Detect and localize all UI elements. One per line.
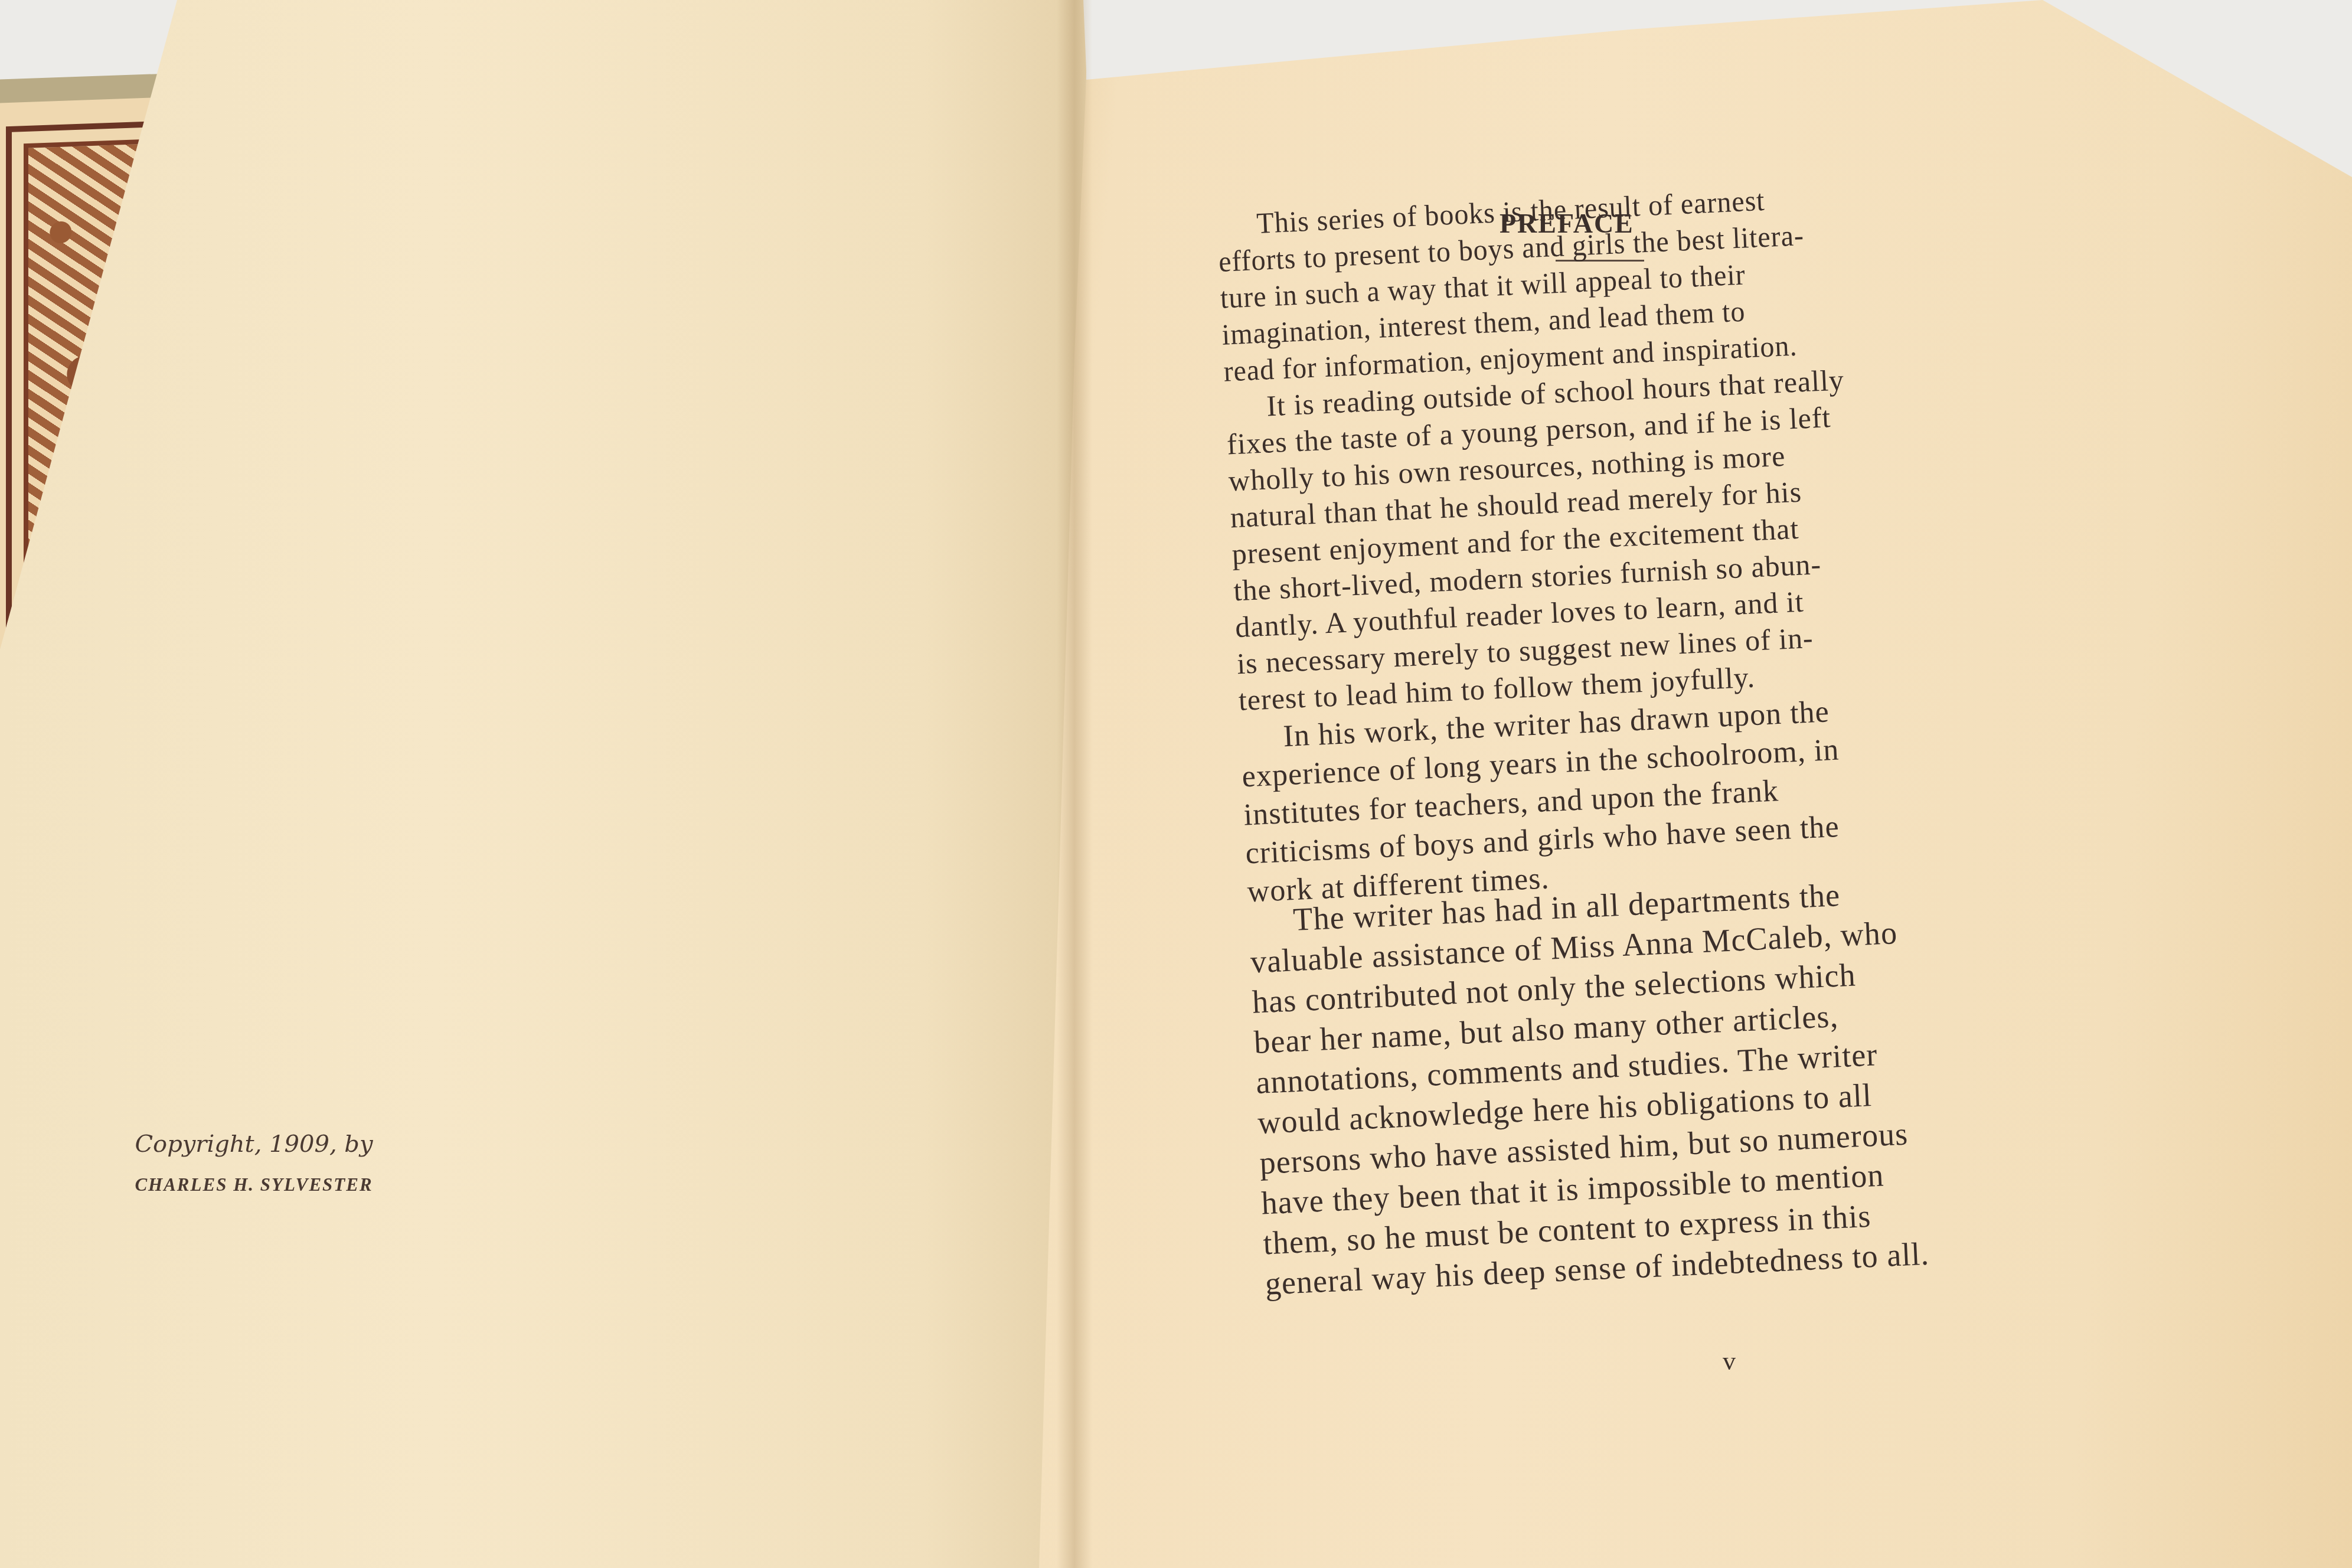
paragraph-4: The writer has had in all departments th…	[1247, 859, 2202, 1304]
paragraph-2: It is reading outside of school hours th…	[1224, 350, 2106, 718]
left-page	[0, 0, 1086, 1568]
preface-body: This series of books is the result of ea…	[1216, 167, 2131, 1267]
book-gutter	[1057, 0, 1092, 1568]
copyright-line: Copyright, 1909, by	[106, 1131, 401, 1158]
copyright-holder: CHARLES H. SYLVESTER	[106, 1174, 401, 1195]
open-book-photo: Copyright, 1909, by CHARLES H. SYLVESTER…	[0, 0, 2352, 1568]
page-number: v	[1723, 1346, 1736, 1376]
paragraph-1: This series of books is the result of ea…	[1216, 169, 2057, 390]
copyright-notice: Copyright, 1909, by CHARLES H. SYLVESTER	[106, 1131, 401, 1195]
